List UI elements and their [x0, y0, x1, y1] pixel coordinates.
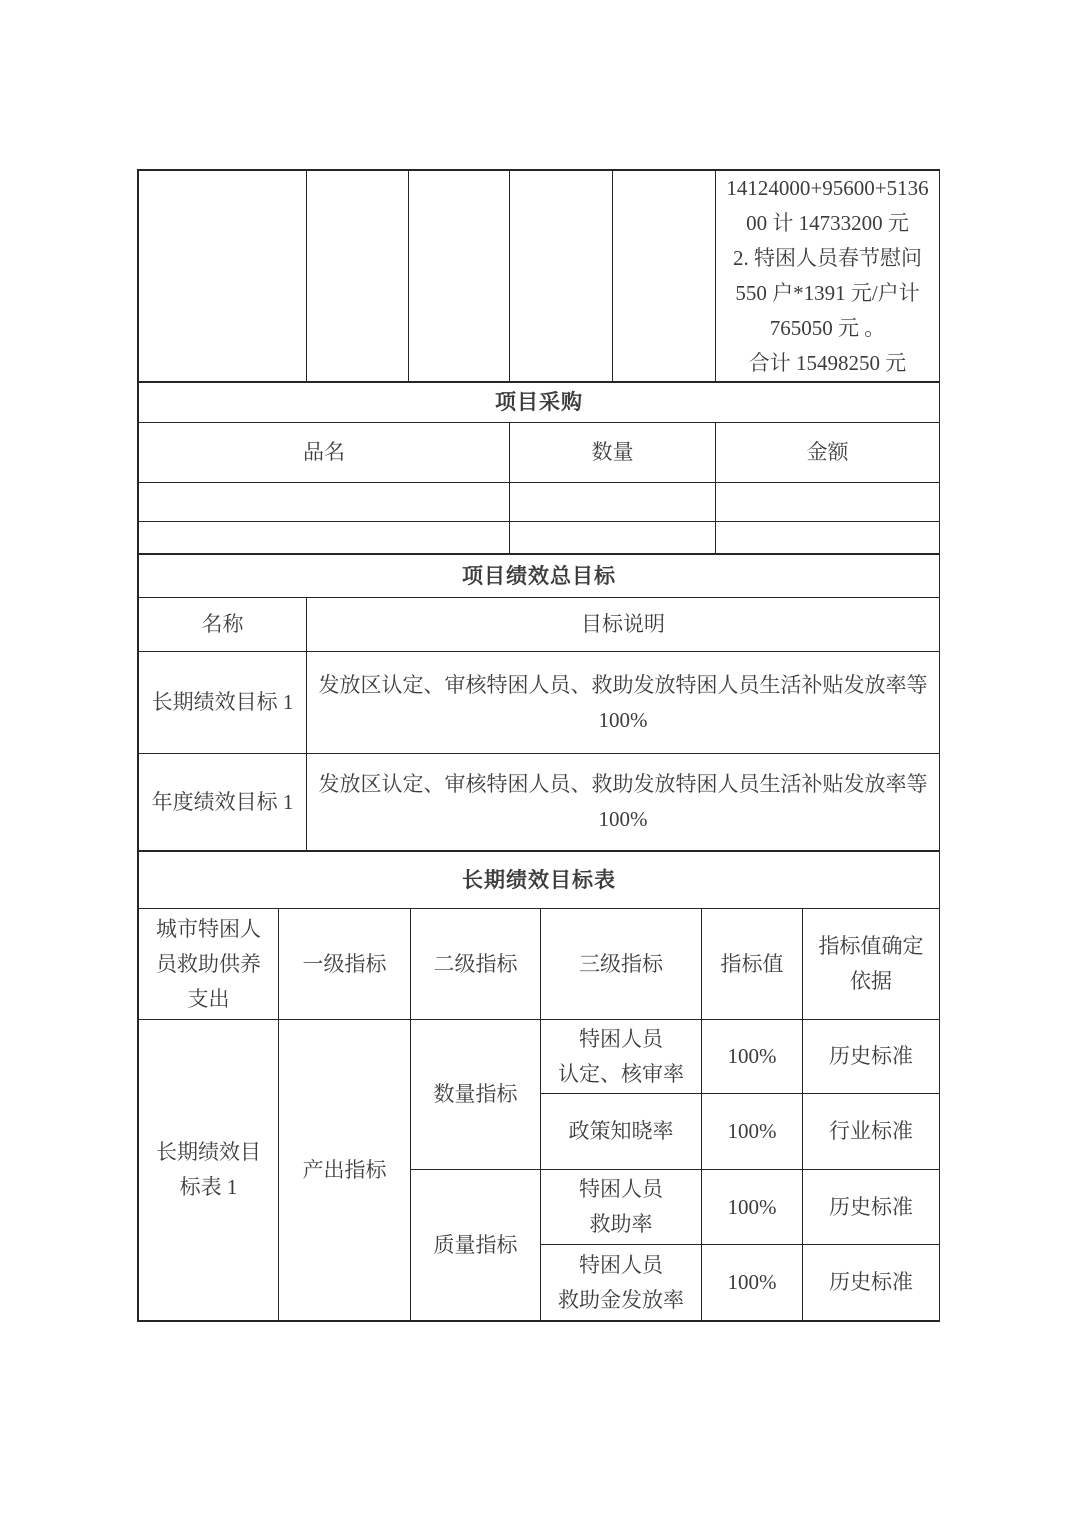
longterm-table-title: 长期绩效目标表 [139, 852, 940, 909]
procurement-section: 项目采购 品名 数量 金额 [138, 382, 940, 554]
section-title-row: 长期绩效目标表 [139, 852, 940, 909]
indicator-basis: 历史标准 [803, 1245, 940, 1321]
col-header-goal-name: 名称 [139, 598, 307, 652]
empty-cell [139, 522, 510, 554]
goal-name-longterm: 长期绩效目标 1 [139, 652, 307, 754]
col-header-quantity: 数量 [510, 423, 716, 483]
col-header-amount: 金额 [716, 423, 940, 483]
col-header-basis: 指标值确定 依据 [803, 909, 940, 1020]
indicator-value: 100% [702, 1170, 803, 1245]
procurement-row [139, 483, 940, 522]
col-header-value: 指标值 [702, 909, 803, 1020]
empty-cell [139, 171, 307, 382]
col-header-level3: 三级指标 [541, 909, 702, 1020]
empty-cell [716, 522, 940, 554]
section-title-row: 项目采购 [139, 383, 940, 423]
level2-indicator-quality: 质量指标 [411, 1170, 541, 1321]
indicator-value: 100% [702, 1245, 803, 1321]
level3-indicator: 特困人员 救助金发放率 [541, 1245, 702, 1321]
empty-cell [510, 522, 716, 554]
indicator-basis: 历史标准 [803, 1020, 940, 1094]
empty-cell [139, 483, 510, 522]
level3-indicator: 特困人员 认定、核审率 [541, 1020, 702, 1094]
empty-cell [409, 171, 510, 382]
section-title-row: 项目绩效总目标 [139, 555, 940, 598]
procurement-title: 项目采购 [139, 383, 940, 423]
indicator-value: 100% [702, 1094, 803, 1170]
funding-amount-detail: 14124000+95600+5136 00 计 14733200 元 2. 特… [716, 171, 940, 382]
empty-cell [613, 171, 716, 382]
goal-name-annual: 年度绩效目标 1 [139, 754, 307, 851]
level2-indicator-quantity: 数量指标 [411, 1020, 541, 1170]
carryover-table: 14124000+95600+5136 00 计 14733200 元 2. 特… [138, 170, 940, 382]
overall-goals-section: 项目绩效总目标 名称 目标说明 长期绩效目标 1 发放区认定、审核特困人员、救助… [138, 554, 940, 851]
indicator-value: 100% [702, 1020, 803, 1094]
carryover-row: 14124000+95600+5136 00 计 14733200 元 2. 特… [139, 171, 940, 382]
procurement-header-row: 品名 数量 金额 [139, 423, 940, 483]
empty-cell [510, 483, 716, 522]
longterm-goals-section: 长期绩效目标表 城市特困人 员救助供养 支出 一级指标 二级指标 三级指标 指标… [138, 851, 940, 1321]
indicator-row: 长期绩效目 标表 1 产出指标 数量指标 特困人员 认定、核审率 100% 历史… [139, 1020, 940, 1094]
indicator-basis: 历史标准 [803, 1170, 940, 1245]
empty-cell [510, 171, 613, 382]
performance-report-table: 14124000+95600+5136 00 计 14733200 元 2. 特… [137, 169, 940, 1322]
goal-row: 年度绩效目标 1 发放区认定、审核特困人员、救助发放特困人员生活补贴发放率等 1… [139, 754, 940, 851]
col-header-level1: 一级指标 [279, 909, 411, 1020]
level3-indicator: 政策知晓率 [541, 1094, 702, 1170]
overall-goals-title: 项目绩效总目标 [139, 555, 940, 598]
col-header-level2: 二级指标 [411, 909, 541, 1020]
procurement-row [139, 522, 940, 554]
col-header-goal-description: 目标说明 [307, 598, 940, 652]
empty-cell [716, 483, 940, 522]
document-page: 14124000+95600+5136 00 计 14733200 元 2. 特… [0, 0, 1074, 1520]
indicator-basis: 行业标准 [803, 1094, 940, 1170]
indicator-header-row: 城市特困人 员救助供养 支出 一级指标 二级指标 三级指标 指标值 指标值确定 … [139, 909, 940, 1020]
table-name-cell: 长期绩效目 标表 1 [139, 1020, 279, 1321]
col-header-product-name: 品名 [139, 423, 510, 483]
goal-description: 发放区认定、审核特困人员、救助发放特困人员生活补贴发放率等 100% [307, 754, 940, 851]
level1-indicator: 产出指标 [279, 1020, 411, 1321]
col-header-project: 城市特困人 员救助供养 支出 [139, 909, 279, 1020]
level3-indicator: 特困人员 救助率 [541, 1170, 702, 1245]
goal-row: 长期绩效目标 1 发放区认定、审核特困人员、救助发放特困人员生活补贴发放率等 1… [139, 652, 940, 754]
goal-description: 发放区认定、审核特困人员、救助发放特困人员生活补贴发放率等 100% [307, 652, 940, 754]
goals-header-row: 名称 目标说明 [139, 598, 940, 652]
empty-cell [307, 171, 409, 382]
